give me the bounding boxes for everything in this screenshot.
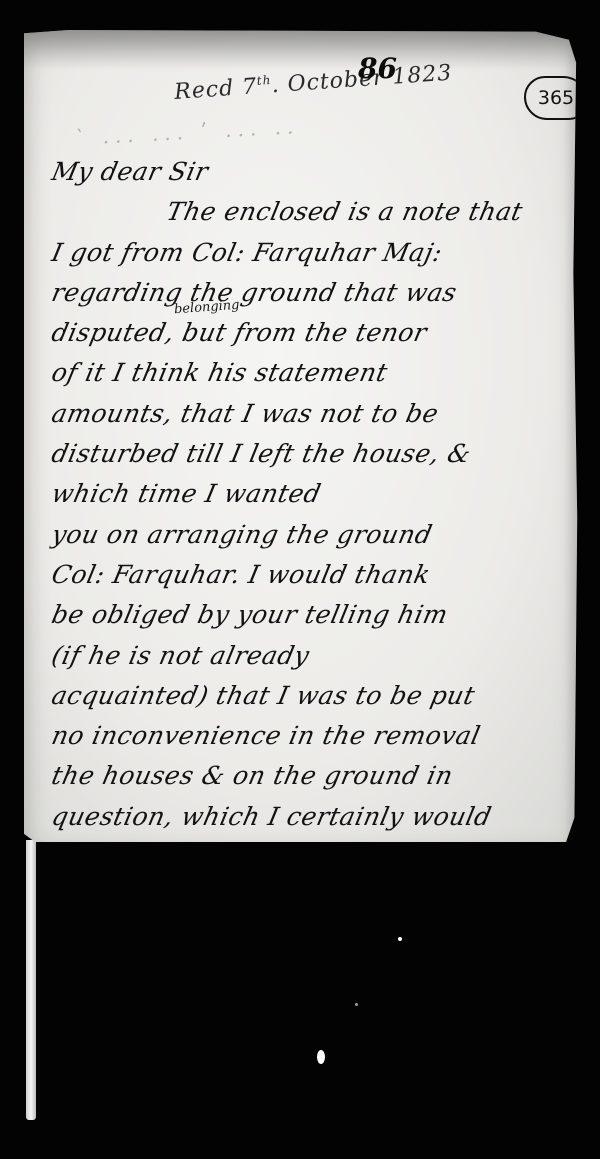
page-number-text: 365	[538, 87, 574, 109]
letter-line: the houses & on the ground in	[48, 756, 600, 796]
film-dust-speck	[355, 1003, 358, 1006]
letter-line: (if he is not already	[48, 636, 600, 676]
letter-body: My dear Sir The enclosed is a note that …	[52, 152, 600, 837]
letter-line: which time I wanted	[48, 474, 600, 514]
letter-line: disturbed till I left the house, &	[48, 434, 600, 474]
letter-line: question, which I certainly would	[48, 797, 600, 837]
scan-background: Recd 7th. October 1823 86 365 ˋ ... ... …	[0, 0, 600, 1159]
letter-line: disputed, but from the tenor	[48, 313, 600, 353]
film-dust-speck	[317, 1050, 325, 1064]
received-day-suffix: th	[256, 73, 272, 88]
film-dust-speck	[398, 937, 402, 941]
letter-salutation: My dear Sir	[48, 152, 600, 192]
letter-line: be obliged by your telling him	[48, 595, 600, 635]
film-edge-strip	[26, 840, 36, 1120]
received-prefix: Recd	[173, 76, 235, 105]
letter-line: I got from Col: Farquhar Maj:	[48, 233, 600, 273]
letter-line: regarding the ground that was	[48, 273, 600, 313]
letter-line: you on arranging the ground	[48, 515, 600, 555]
letter-line: of it I think his statement	[48, 353, 600, 393]
manuscript-page: Recd 7th. October 1823 86 365 ˋ ... ... …	[24, 30, 580, 842]
folio-number: 86	[358, 52, 397, 85]
letter-line: no inconvenience in the removal	[48, 716, 600, 756]
circled-page-number: 365	[524, 76, 588, 120]
letter-line: The enclosed is a note that	[48, 192, 600, 232]
bleed-through-marks: ˋ ... ... ʹ ... ..	[74, 114, 300, 150]
page-top-shadow	[24, 30, 580, 70]
letter-line: acquainted) that I was to be put	[48, 676, 600, 716]
letter-line: Col: Farquhar. I would thank	[48, 555, 600, 595]
letter-line: amounts, that I was not to be	[48, 394, 600, 434]
received-day: 7	[241, 74, 258, 100]
